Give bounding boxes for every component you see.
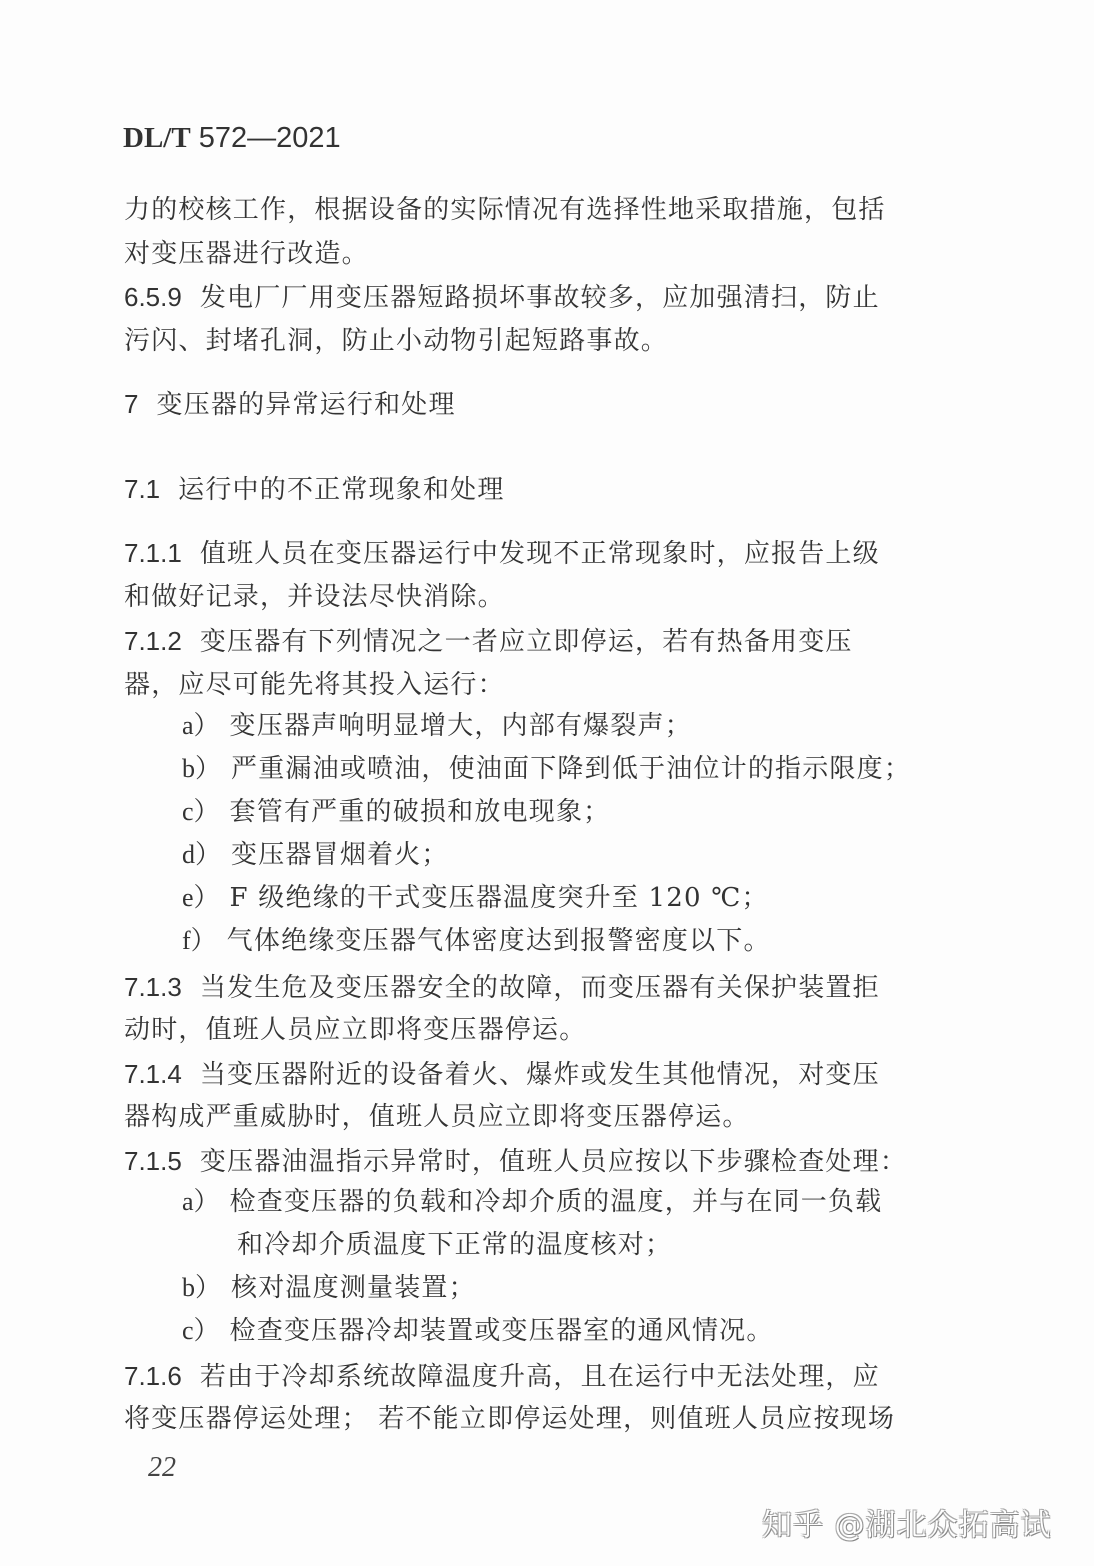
clause-7-1-6: 7.1.6若由于冷却系统故障温度升高，且在运行中无法处理，应 <box>124 1361 880 1392</box>
clause-7-1-5: 7.1.5变压器油温指示异常时，值班人员应按以下步骤检查处理： <box>124 1146 907 1177</box>
list-item: a）变压器声响明显增大，内部有爆裂声； <box>182 711 692 741</box>
page-number: 22 <box>148 1452 176 1484</box>
list-item: b）严重漏油或喷油，使油面下降到低于油位计的指示限度； <box>182 754 911 784</box>
clause-7-1-2: 7.1.2变压器有下列情况之一者应立即停运，若有热备用变压 <box>124 626 853 657</box>
list-item: c）套管有严重的破损和放电现象； <box>182 797 610 827</box>
body-line: 力的校核工作，根据设备的实际情况有选择性地采取措施，包括 <box>124 195 886 225</box>
section-number: 7.1 <box>124 474 160 504</box>
chapter-heading: 7变压器的异常运行和处理 <box>124 389 456 420</box>
list-item-continuation: 和冷却介质温度下正常的温度核对； <box>237 1230 672 1260</box>
list-item: c）检查变压器冷却装置或变压器室的通风情况。 <box>182 1316 774 1346</box>
section-heading: 7.1运行中的不正常现象和处理 <box>124 474 505 505</box>
document-page: DL/T 572—2021 力的校核工作，根据设备的实际情况有选择性地采取措施，… <box>0 0 1094 1566</box>
chapter-number: 7 <box>124 389 138 419</box>
clause-6-5-9: 6.5.9发电厂厂用变压器短路损坏事故较多，应加强清扫，防止 <box>124 282 880 313</box>
standard-prefix: DL/T <box>123 122 191 154</box>
body-line: 和做好记录，并设法尽快消除。 <box>124 582 505 612</box>
clause-7-1-1: 7.1.1值班人员在变压器运行中发现不正常现象时，应报告上级 <box>124 538 880 569</box>
standard-number: 572—2021 <box>199 122 341 154</box>
body-line: 动时，值班人员应立即将变压器停运。 <box>124 1015 586 1045</box>
clause-number: 7.1.3 <box>124 972 182 1002</box>
clause-number: 7.1.2 <box>124 626 182 656</box>
clause-7-1-3: 7.1.3当发生危及变压器安全的故障，而变压器有关保护装置拒 <box>124 972 880 1003</box>
standard-code: DL/T 572—2021 <box>123 122 341 155</box>
body-line: 将变压器停运处理； 若不能立即停运处理，则值班人员应按现场 <box>124 1404 895 1434</box>
list-item: e）F 级绝缘的干式变压器温度突升至 120 ℃； <box>182 883 769 913</box>
body-line: 污闪、封堵孔洞，防止小动物引起短路事故。 <box>124 326 668 356</box>
clause-number: 7.1.1 <box>124 538 182 568</box>
clause-7-1-4: 7.1.4当变压器附近的设备着火、爆炸或发生其他情况，对变压 <box>124 1059 880 1090</box>
clause-number: 6.5.9 <box>124 282 182 312</box>
body-line: 器，应尽可能先将其投入运行： <box>124 670 505 700</box>
zhihu-watermark: 知乎 @湖北众拓高试 <box>762 1500 1052 1544</box>
body-line: 器构成严重威胁时，值班人员应立即将变压器停运。 <box>124 1102 750 1132</box>
list-item: a）检查变压器的负载和冷却介质的温度，并与在同一负载 <box>182 1187 882 1217</box>
clause-number: 7.1.5 <box>124 1146 182 1176</box>
clause-number: 7.1.6 <box>124 1361 182 1391</box>
list-item: d）变压器冒烟着火； <box>182 840 449 870</box>
body-line: 对变压器进行改造。 <box>124 239 369 269</box>
list-item: b）核对温度测量装置； <box>182 1273 476 1303</box>
list-item: f）气体绝缘变压器气体密度达到报警密度以下。 <box>182 926 771 956</box>
clause-number: 7.1.4 <box>124 1059 182 1089</box>
